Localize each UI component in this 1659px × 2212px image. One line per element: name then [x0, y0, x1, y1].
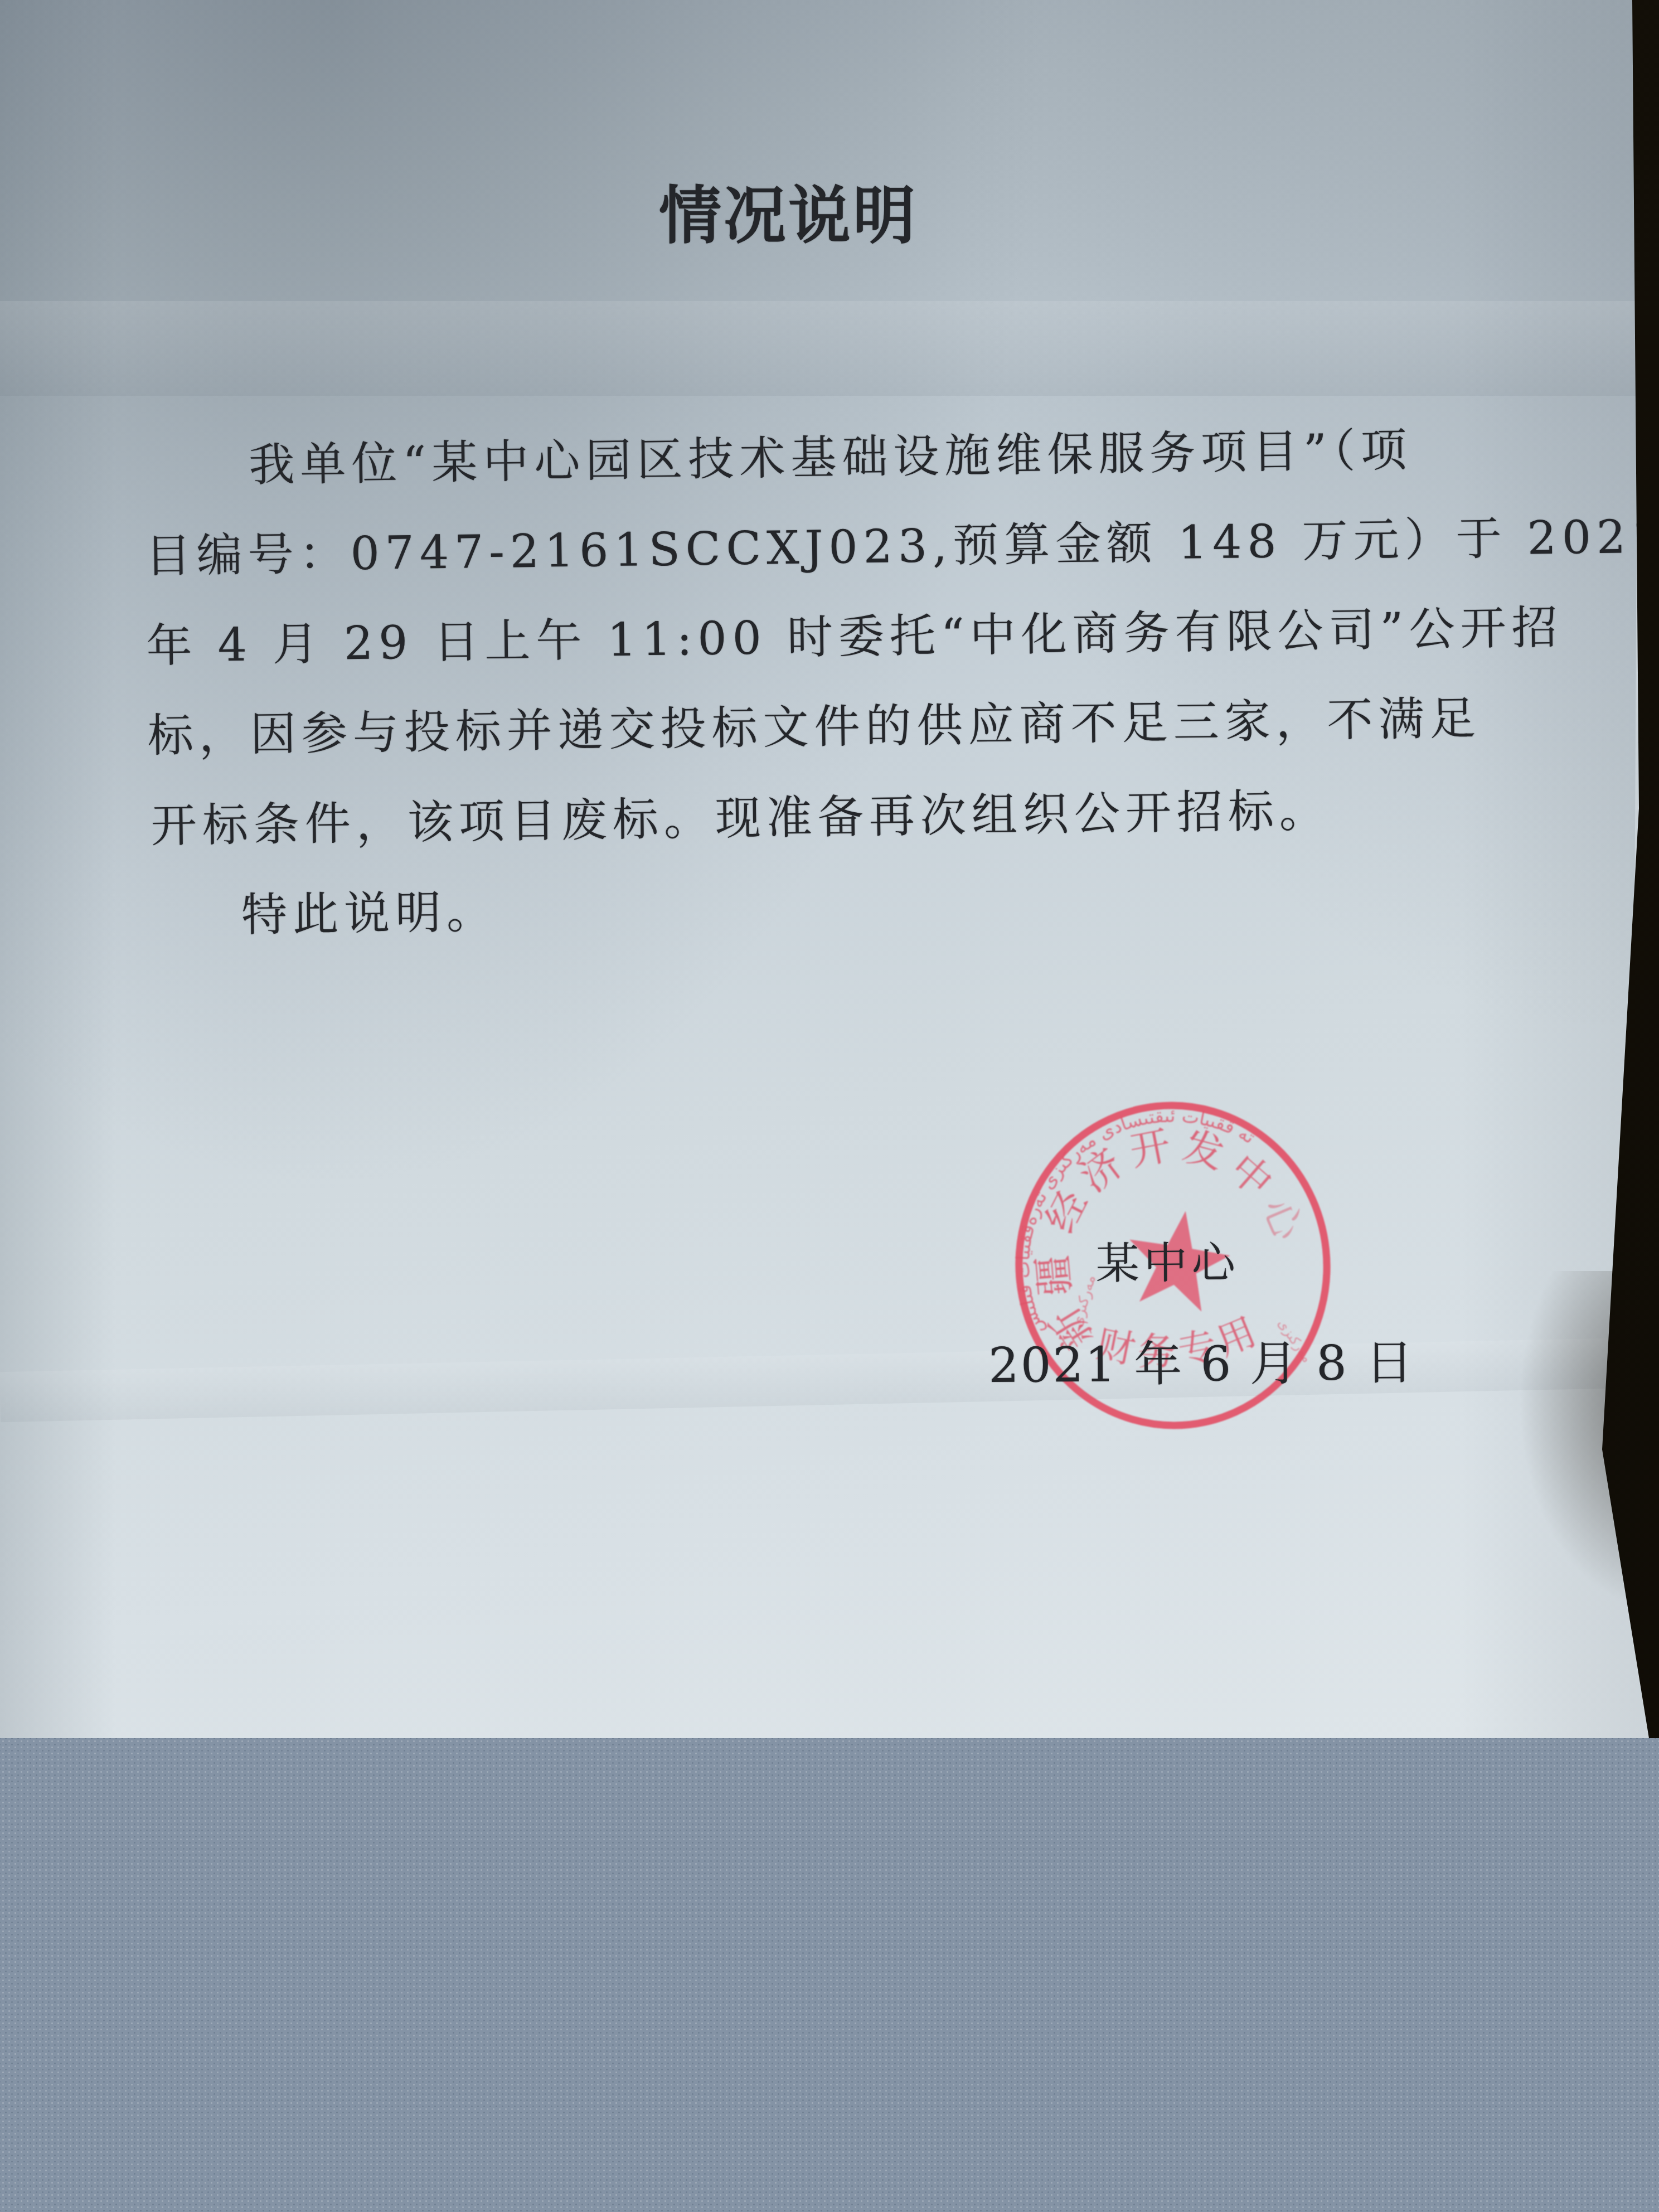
closing-line: 特此说明。: [241, 876, 498, 944]
seal-ring-char: 发: [1178, 1122, 1229, 1178]
photo-of-document: تە ققىيات ئىقتىسادى مەركىزى تەرەققىيات ق…: [0, 0, 1659, 2212]
seal-ring-char: 开: [1126, 1122, 1175, 1175]
redaction-band: [0, 1738, 1659, 2212]
document-date: 2021 年 6 月 8 日: [988, 1324, 1415, 1396]
paper-fold-shadow-top: [0, 301, 1659, 396]
seal-ring-char: 疆: [1029, 1254, 1079, 1298]
document-title: 情况说明: [659, 166, 918, 256]
seal-ring-char: 中: [1221, 1144, 1282, 1206]
signature-org: 某中心: [1095, 1228, 1240, 1292]
seal-ring-char: 心: [1253, 1191, 1313, 1248]
